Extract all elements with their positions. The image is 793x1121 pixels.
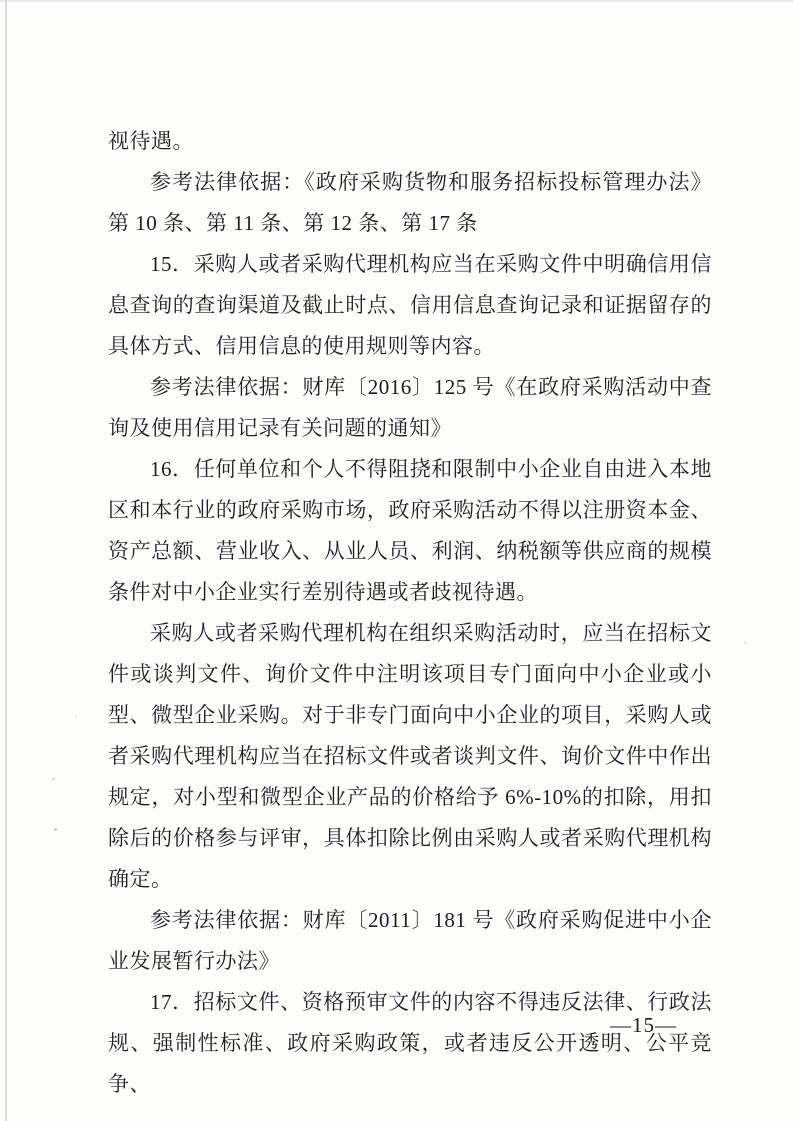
paragraph-item-17: 17．招标文件、资格预审文件的内容不得违反法律、行政法规、强制性标准、政府采购政…	[108, 982, 712, 1105]
paragraph-item-15: 15．采购人或者采购代理机构应当在采购文件中明确信用信息查询的查询渠道及截止时点…	[108, 244, 712, 367]
document-body: 视待遇。 参考法律依据：《政府采购货物和服务招标投标管理办法》第 10 条、第 …	[108, 121, 712, 1105]
paragraph-legal-reference-item-14: 参考法律依据：《政府采购货物和服务招标投标管理办法》第 10 条、第 11 条、…	[108, 162, 712, 244]
scan-speck	[52, 778, 55, 780]
paragraph-item-16-second: 采购人或者采购代理机构在组织采购活动时，应当在招标文件或谈判文件、询价文件中注明…	[108, 613, 712, 900]
page-number: —15—	[610, 1011, 677, 1039]
paragraph-item-16: 16．任何单位和个人不得阻挠和限制中小企业自由进入本地区和本行业的政府采购市场，…	[108, 449, 712, 613]
scan-edge-top	[0, 0, 793, 2]
paragraph-legal-reference-item-15: 参考法律依据：财库〔2016〕125 号《在政府采购活动中查询及使用信用记录有关…	[108, 367, 712, 449]
scan-speck	[75, 716, 77, 718]
scan-edge-left	[5, 0, 7, 1121]
scan-speck	[744, 642, 746, 644]
scanned-document-page: 视待遇。 参考法律依据：《政府采购货物和服务招标投标管理办法》第 10 条、第 …	[0, 0, 793, 1121]
scan-speck	[54, 828, 57, 831]
paragraph-legal-reference-item-16: 参考法律依据：财库〔2011〕181 号《政府采购促进中小企业发展暂行办法》	[108, 900, 712, 982]
paragraph-continuation-from-previous-page: 视待遇。	[108, 121, 712, 162]
